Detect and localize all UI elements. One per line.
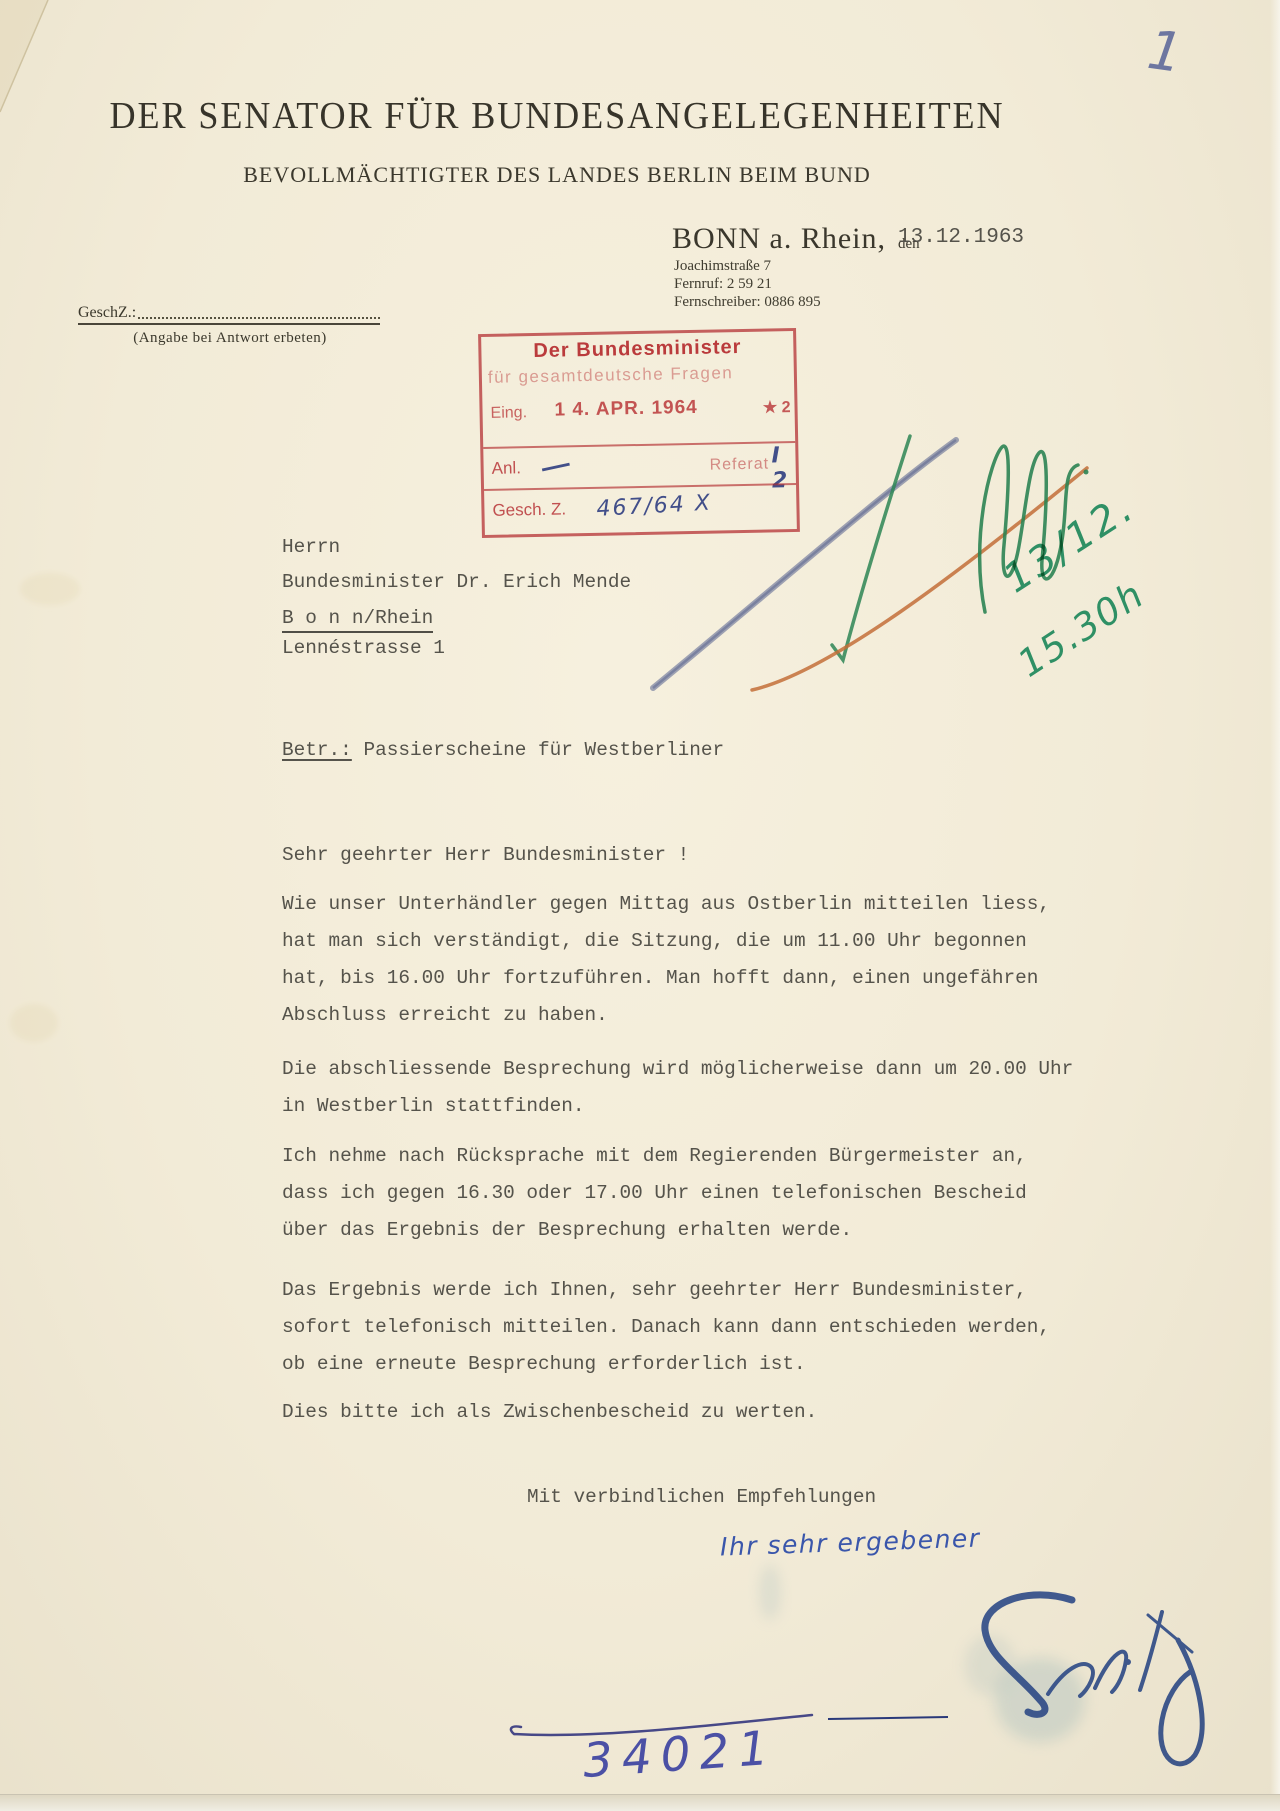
stamp-enclosures-label: Anl. (491, 458, 521, 479)
letterhead-phone: Fernruf: 2 59 21 (674, 276, 772, 294)
dateline: BONN a. Rhein, den (672, 222, 920, 256)
letterhead-subtitle: BEVOLLMÄCHTIGTER DES LANDES BERLIN BEIM … (78, 162, 1036, 188)
stamp-enclosures-value-handwritten: — (539, 447, 573, 484)
recipient-line-2: Bundesminister Dr. Erich Mende (282, 570, 631, 594)
subject-line: Betr.: Passierscheine für Westberliner (282, 738, 724, 762)
stamp-referat-label: Referat (709, 456, 769, 475)
paper-crease (0, 0, 48, 112)
handwritten-registry-number: 34021 (581, 1720, 779, 1788)
letterhead-title: DER SENATOR FÜR BUNDESANGELEGENHEITEN (102, 94, 1012, 138)
stamp-divider (484, 483, 796, 491)
body-paragraph: Ich nehme nach Rücksprache mit dem Regie… (282, 1138, 1027, 1249)
closing-formula: Mit verbindlichen Empfehlungen (527, 1485, 876, 1509)
letter-page: 1 DER SENATOR FÜR BUNDESANGELEGENHEITEN … (0, 0, 1280, 1811)
typed-date: 13.12.1963 (898, 226, 1024, 249)
salutation: Sehr geehrter Herr Bundesminister ! (282, 843, 689, 867)
stamp-received-date: 1 4. APR. 1964 (554, 397, 698, 422)
handwritten-closing-script: Ihr sehr ergebener (720, 1523, 981, 1561)
subject-text: Passierscheine für Westberliner (352, 739, 724, 761)
dateline-place: BONN a. Rhein, (672, 222, 886, 256)
paper-hole (10, 1004, 58, 1042)
recipient-street: Lennéstrasse 1 (282, 636, 445, 660)
signature-underline-stroke (828, 1717, 948, 1719)
signature-handwriting (985, 1595, 1202, 1764)
body-paragraph: Wie unser Unterhändler gegen Mittag aus … (282, 886, 1050, 1034)
stamp-divider (483, 441, 795, 449)
ink-smudge (995, 1658, 1085, 1742)
body-paragraph: Dies bitte ich als Zwischenbescheid zu w… (282, 1394, 817, 1431)
receipt-stamp: Der Bundesminister für gesamtdeutsche Fr… (478, 328, 800, 538)
ink-smudge (760, 1564, 780, 1620)
letterhead-street: Joachimstraße 7 (674, 258, 771, 276)
green-pencil-stroke (832, 436, 910, 660)
recipient-city: B o n n/Rhein (282, 607, 433, 633)
subject-label: Betr.: (282, 739, 352, 761)
scan-edge-bottom (0, 1794, 1280, 1811)
ink-smudge (965, 1635, 1015, 1695)
stamp-received-label: Eing. (490, 404, 527, 423)
file-reference-label: GeschZ.: (78, 304, 136, 322)
letterhead-telex: Fernschreiber: 0886 895 (674, 294, 821, 312)
file-reference-line: GeschZ.: (78, 304, 380, 325)
body-paragraph: Das Ergebnis werde ich Ihnen, sehr geehr… (282, 1272, 1050, 1383)
file-reference-note: (Angabe bei Antwort erbeten) (92, 330, 368, 347)
stamp-line1: Der Bundesminister (481, 335, 793, 364)
paper-hole (20, 573, 80, 605)
recipient-line-1: Herrn (282, 535, 340, 559)
scan-edge-right (1270, 0, 1280, 1811)
paper-corner-fold (0, 0, 48, 112)
body-paragraph: Die abschliessende Besprechung wird mögl… (282, 1051, 1073, 1125)
stamp-star-mark: ★ 2 (763, 397, 791, 418)
stamp-file-label: Gesch. Z. (492, 499, 566, 520)
stamp-referat-value-handwritten: I 2 (771, 443, 796, 493)
dotted-leader (138, 316, 380, 319)
stamp-line2: für gesamtdeutsche Fragen (488, 363, 734, 388)
stamp-file-value-handwritten: 467/64 X (596, 491, 713, 522)
page-number-annotation: 1 (1144, 18, 1187, 85)
